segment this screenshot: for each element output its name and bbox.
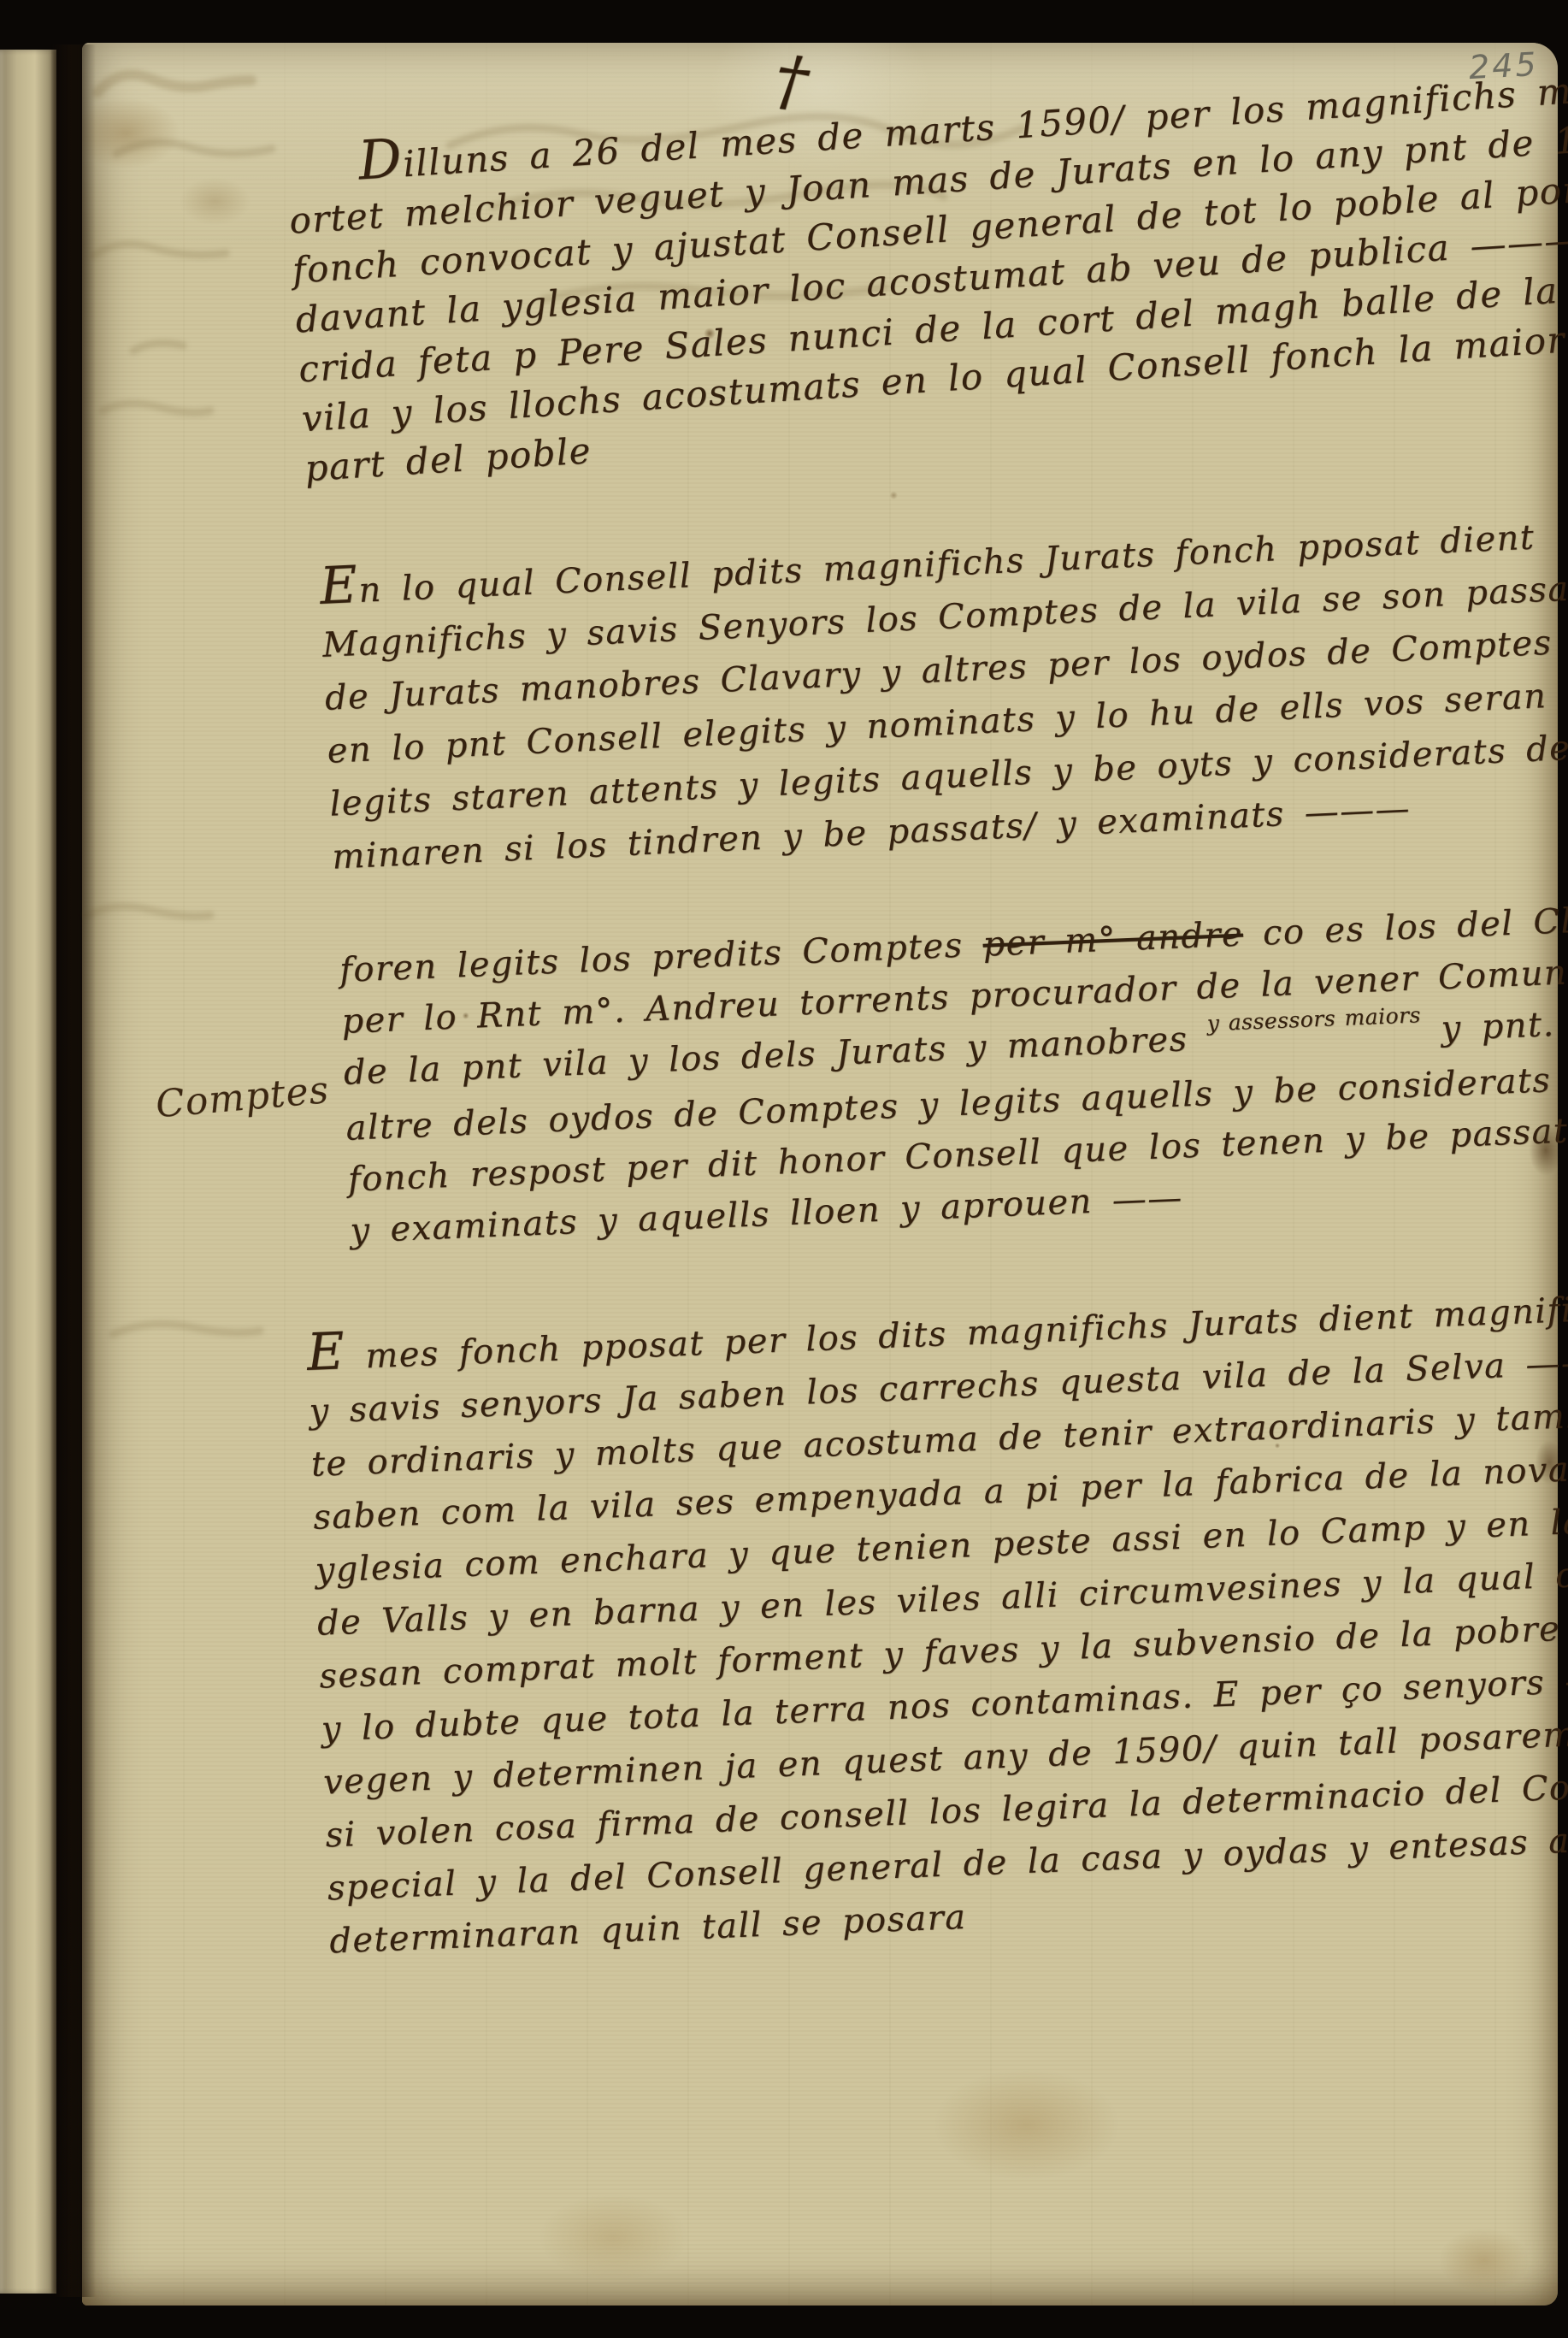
strikethrough-text: per m° andre — [982, 915, 1244, 965]
book-leaf-edges — [0, 50, 56, 2294]
manuscript-page: † 245 Dilluns a 26 del mes de marts 1590… — [82, 43, 1558, 2306]
line-text: co es los del Clavay — [1242, 898, 1568, 954]
margin-note-comptes: Comptes — [154, 1072, 330, 1125]
paragraph-resolution-comptes: foren legits los predits Comptes per m° … — [339, 885, 1568, 1257]
paragraph-proposal-comptes: En lo qual Consell pdits magnifichs Jura… — [319, 502, 1568, 883]
invocation-cross-icon: † — [770, 41, 813, 121]
paragraph-proposal-tall: E mes fonch pposat per los dits magnific… — [306, 1276, 1568, 1968]
interlinear-insertion: y assessors maiors — [1206, 989, 1423, 1049]
paragraph-convocation: Dilluns a 26 del mes de marts 1590/ per … — [285, 55, 1568, 493]
manuscript-scan: † 245 Dilluns a 26 del mes de marts 1590… — [0, 0, 1568, 2338]
